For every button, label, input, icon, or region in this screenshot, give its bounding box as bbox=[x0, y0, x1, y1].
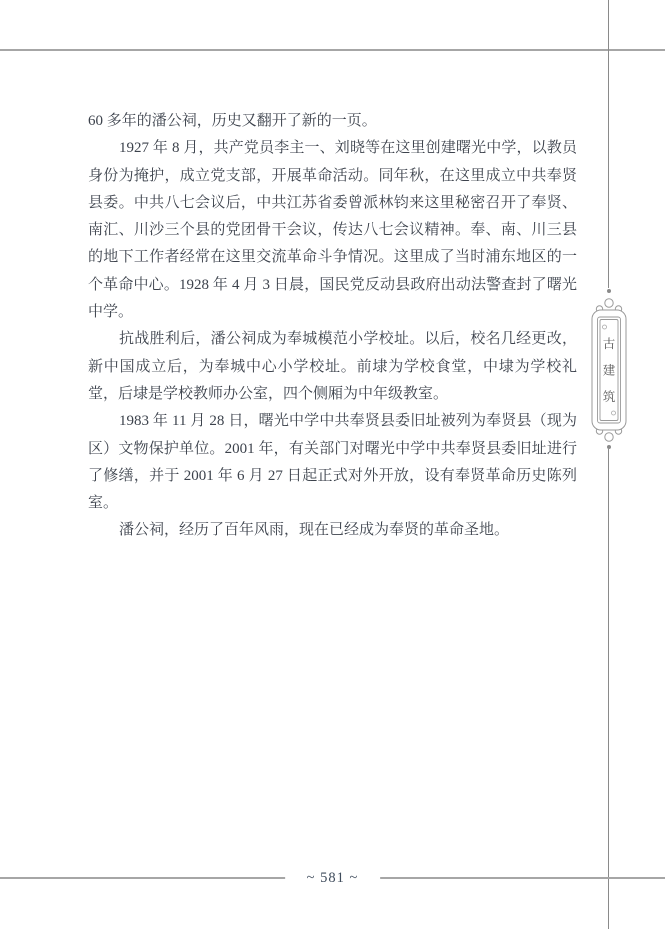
plaque-char: 古 bbox=[603, 336, 616, 351]
book-page: 60 多年的潘公祠，历史又翻开了新的一页。 1927 年 8 月，共产党员李主一… bbox=[0, 0, 665, 929]
paragraph: 60 多年的潘公祠，历史又翻开了新的一页。 bbox=[88, 108, 577, 135]
page-number: ~ 581 ~ bbox=[285, 869, 381, 887]
right-vertical-rule-lower bbox=[608, 449, 609, 929]
rule-end-dot-bottom bbox=[607, 445, 611, 449]
right-vertical-rule-upper bbox=[608, 0, 609, 288]
plaque-bottom-knob bbox=[605, 433, 613, 441]
top-rule bbox=[0, 49, 665, 51]
paragraph: 1927 年 8 月，共产党员李主一、刘晓等在这里创建曙光中学，以教员身份为掩护… bbox=[88, 135, 577, 326]
article-text-block: 60 多年的潘公祠，历史又翻开了新的一页。 1927 年 8 月，共产党员李主一… bbox=[88, 108, 577, 545]
chapter-cartouche-ornament: 古 建 筑 bbox=[587, 296, 631, 444]
plaque-char: 建 bbox=[603, 363, 616, 378]
paragraph: 抗战胜利后，潘公祠成为奉城模范小学校址。以后，校名几经更改，新中国成立后，为奉城… bbox=[88, 326, 577, 408]
plaque-char: 筑 bbox=[603, 390, 616, 404]
rule-end-dot-top bbox=[607, 289, 611, 293]
paragraph: 潘公祠，经历了百年风雨，现在已经成为奉贤的革命圣地。 bbox=[88, 517, 577, 544]
plaque-top-knob bbox=[605, 299, 613, 307]
paragraph: 1983 年 11 月 28 日，曙光中学中共奉贤县委旧址被列为奉贤县（现为区）… bbox=[88, 408, 577, 517]
